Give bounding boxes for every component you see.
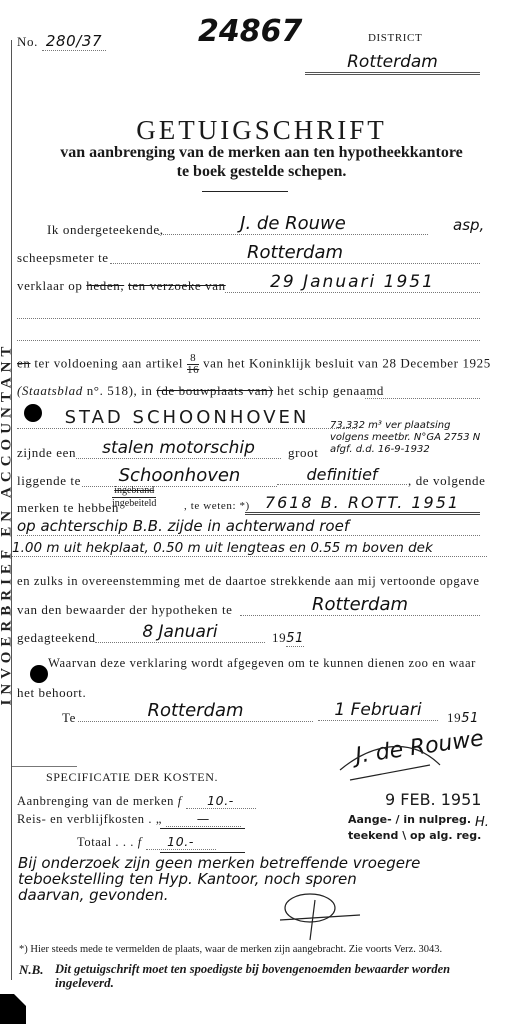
- signature-flourish-icon: [330, 725, 450, 785]
- size-value-2: volgens meetbr. N°GA 2753 N: [330, 432, 480, 444]
- ship-name: STAD SCHOONHOVEN: [17, 407, 357, 429]
- cost-row-currency: „: [156, 812, 162, 826]
- total-label: Totaal . . .: [77, 835, 134, 849]
- stamp-line-1: Aange- / in nulpreg.: [348, 813, 471, 826]
- cost-row-value: —: [166, 811, 241, 827]
- to-know-label: , te weten: *): [184, 500, 250, 512]
- punch-hole: [30, 665, 48, 683]
- title-rule: [202, 191, 288, 192]
- staatsblad-label: (Staatsblad: [17, 383, 83, 398]
- declare-label: verklaar op: [17, 278, 82, 293]
- struck-heden: heden,: [86, 278, 124, 293]
- register-number: 24867: [198, 14, 302, 49]
- marks-label: merken te hebben: [17, 500, 119, 516]
- place-year-prefix: 19: [447, 710, 461, 725]
- footnote: *) Hier steeds mede te vermelden de plaa…: [19, 944, 442, 955]
- dated-year-value: 51: [286, 631, 304, 647]
- article-text-b: van het Koninklijk besluit van 28 Decemb…: [203, 355, 491, 370]
- total-rule: [160, 828, 245, 829]
- cost-row-value: 10.-: [186, 793, 256, 809]
- number-label: No.: [17, 34, 38, 49]
- nb-text-1: Dit getuigschrift moet ten spoedigste bi…: [55, 962, 450, 977]
- lying-value: Schoonhoven: [82, 465, 277, 487]
- remark-line-2: teboekstelling ten Hyp. Kantoor, noch sp…: [18, 871, 420, 887]
- whereof-line-1: Waarvan deze verklaring wordt afgegeven …: [48, 656, 476, 671]
- being-value: stalen motorschip: [76, 438, 281, 459]
- blank-line-2: [17, 340, 480, 341]
- district-value: Rotterdam: [305, 52, 480, 75]
- article-denominator: 16: [187, 365, 199, 376]
- initials-signature-icon: [275, 890, 365, 945]
- remark-line-1: Bij onderzoek zijn geen merken betreffen…: [18, 855, 420, 871]
- size-value-1: 73,332 m³ ver plaatsing: [330, 420, 480, 432]
- struck-verzoeke: ten verzoeke van: [128, 278, 226, 293]
- nb-text-2: ingeleverd.: [55, 975, 114, 991]
- place-date: 1 Februari: [318, 700, 438, 721]
- staatsblad-number: n°. 518), in: [87, 383, 153, 398]
- dated-year: 1951: [272, 630, 304, 646]
- marks-line-3: 1.00 m uit hekplaat, 0.50 m uit lengteas…: [12, 540, 487, 557]
- cost-row-label: Reis- en verblijfkosten: [17, 812, 145, 826]
- cost-row: Reis- en verblijfkosten . „ —: [17, 811, 241, 827]
- article-line: en ter voldoening aan artikel 8 16 van h…: [17, 353, 491, 376]
- marks-line-2: op achterschip B.B. zijde in achterwand …: [17, 517, 480, 536]
- corner-shadow-icon: [0, 994, 26, 1024]
- ship-named-label: het schip genaamd: [277, 383, 384, 398]
- subtitle-line-2: te boek gestelde schepen.: [0, 162, 523, 181]
- lying-label: liggende te: [17, 473, 81, 489]
- total-rule-bottom: [160, 852, 245, 853]
- undersigned-label: Ik ondergeteekende,: [47, 222, 164, 238]
- struck-ingebrand: ingebrand: [112, 485, 156, 498]
- struck-bouwplaats: (de bouwplaats van): [156, 383, 273, 398]
- place-year-value: 51: [461, 711, 479, 726]
- cost-row: Aanbrenging van de merken f 10.-: [17, 793, 256, 809]
- lying-value-2: definitief: [277, 465, 407, 485]
- accordance-text: en zulks in overeenstemming met de daart…: [17, 574, 480, 589]
- undersigned-value: J. de Rouwe: [158, 213, 428, 235]
- following-label: , de volgende: [408, 473, 485, 489]
- article-fraction: 8 16: [187, 353, 199, 376]
- marks-method: ingebrand ingebeiteld: [112, 485, 156, 510]
- cost-row-label: Aanbrenging van de merken: [17, 794, 174, 808]
- ingebeiteld: ingebeiteld: [112, 498, 156, 510]
- keeper-label: van den bewaarder der hypotheken te: [17, 602, 233, 618]
- size-value: 73,332 m³ ver plaatsing volgens meetbr. …: [330, 420, 480, 456]
- cost-divider: [12, 766, 77, 767]
- keeper-value: Rotterdam: [240, 594, 480, 616]
- costs-title: SPECIFICATIE DER KOSTEN.: [46, 770, 218, 785]
- being-label: zijnde een: [17, 445, 76, 461]
- size-label: groot: [288, 445, 318, 461]
- surveyor-value: Rotterdam: [110, 242, 480, 264]
- number-value: 280/37: [42, 32, 106, 51]
- subtitle-line-1: van aanbrenging van de merken aan ten hy…: [0, 143, 523, 162]
- dated-label: gedagteekend: [17, 630, 96, 646]
- declare-field: verklaar op heden, ten verzoeke van: [17, 278, 226, 294]
- dated-value: 8 Januari: [95, 622, 265, 643]
- total-value: 10.-: [146, 834, 216, 850]
- article-text-a: ter voldoening aan artikel: [34, 355, 183, 370]
- place-value: Rotterdam: [78, 700, 313, 722]
- marks-value: 7618 B. ROTT. 1951: [245, 493, 480, 515]
- nb-label: N.B.: [19, 962, 44, 978]
- stamp-date: 9 FEB. 1951: [385, 790, 481, 809]
- stamp-line-2: teekend \ op alg. reg.: [348, 829, 481, 842]
- size-value-3: afgf. d.d. 16-9-1932: [330, 444, 480, 456]
- declare-date: 29 Januari 1951: [225, 272, 480, 293]
- document-title: GETUIGSCHRIFT: [0, 115, 523, 146]
- whereof-line-2: het behoort.: [17, 685, 86, 701]
- place-year: 1951: [447, 710, 479, 726]
- total-row: Totaal . . . f 10.-: [77, 834, 216, 850]
- number-field: No. 280/37: [17, 32, 106, 50]
- total-currency: f: [138, 835, 142, 849]
- ship-named-line: [365, 398, 480, 399]
- stamp-initials: H.: [475, 815, 489, 830]
- staatsblad-line: (Staatsblad n°. 518), in (de bouwplaats …: [17, 383, 384, 399]
- dated-year-prefix: 19: [272, 630, 286, 645]
- blank-line-1: [17, 318, 480, 319]
- struck-en: en: [17, 355, 30, 370]
- district-label: DISTRICT: [368, 32, 422, 44]
- undersigned-suffix: asp,: [453, 216, 484, 234]
- side-stamp-text: INVOERBRIEF EN ACCOUNTANT: [0, 299, 16, 749]
- place-label: Te: [62, 710, 76, 726]
- cost-row-currency: f: [178, 794, 182, 808]
- surveyor-label: scheepsmeter te: [17, 250, 109, 266]
